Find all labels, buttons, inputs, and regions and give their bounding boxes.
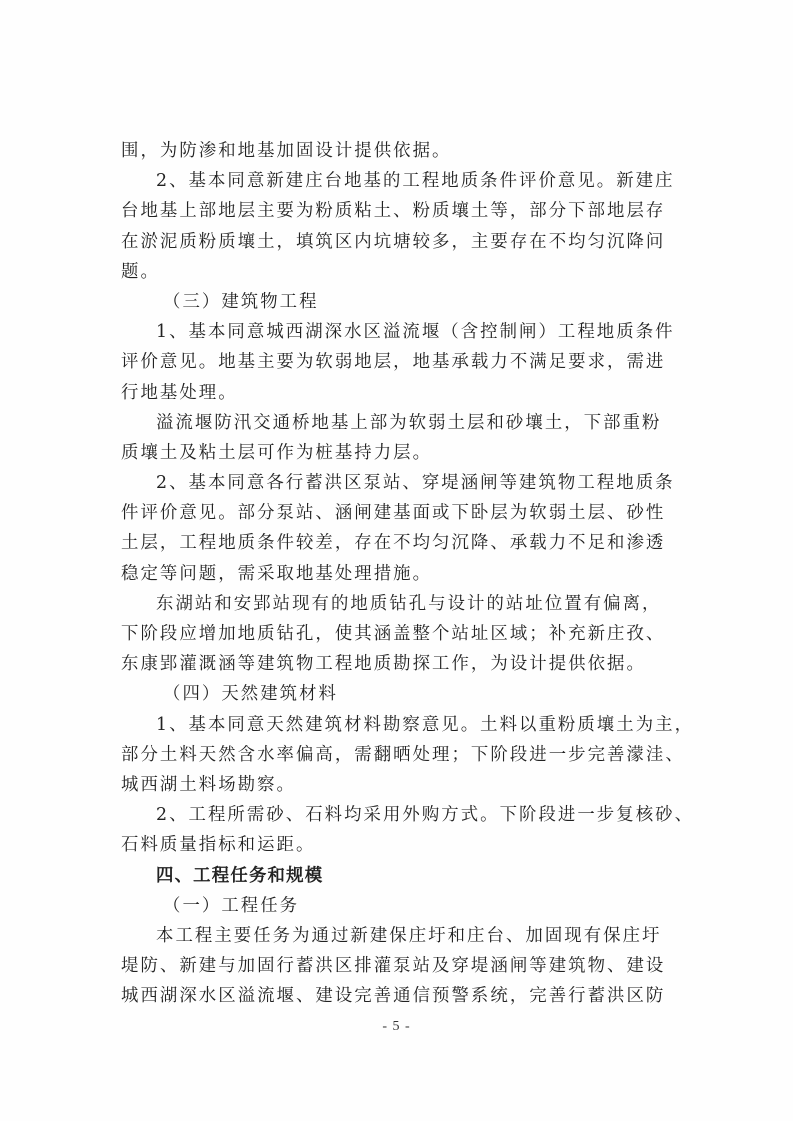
chapter-heading: 四、工程任务和规模 (121, 861, 661, 891)
paragraph-line: 溢流堰防汛交通桥地基上部为软弱土层和砂壤土，下部重粉 (121, 408, 661, 438)
paragraph-line: 城西湖土料场勘察。 (121, 770, 661, 800)
paragraph-line: 台地基上部地层主要为粉质粘土、粉质壤土等，部分下部地层存 (121, 196, 661, 226)
paragraph-line: 1、基本同意城西湖深水区溢流堰（含控制闸）工程地质条件 (121, 317, 661, 347)
paragraph-line: 评价意见。地基主要为软弱地层，地基承载力不满足要求，需进 (121, 347, 661, 377)
document-body: 围，为防渗和地基加固设计提供依据。 2、基本同意新建庄台地基的工程地质条件评价意… (121, 136, 661, 1011)
section-heading: （四）天然建筑材料 (121, 679, 661, 709)
paragraph-line: 堤防、新建与加固行蓄洪区排灌泵站及穿堤涵闸等建筑物、建设 (121, 951, 661, 981)
document-page: 围，为防渗和地基加固设计提供依据。 2、基本同意新建庄台地基的工程地质条件评价意… (0, 0, 793, 1121)
paragraph-line: 本工程主要任务为通过新建保庄圩和庄台、加固现有保庄圩 (121, 921, 661, 951)
paragraph-line: 围，为防渗和地基加固设计提供依据。 (121, 136, 661, 166)
section-heading: （一）工程任务 (121, 891, 661, 921)
paragraph-line: 1、基本同意天然建筑材料勘察意见。土料以重粉质壤土为主， (121, 710, 661, 740)
paragraph-line: 东湖站和安郢站现有的地质钻孔与设计的站址位置有偏离， (121, 589, 661, 619)
paragraph-line: 行地基处理。 (121, 378, 661, 408)
paragraph-line: 部分土料天然含水率偏高，需翻晒处理；下阶段进一步完善濛洼、 (121, 740, 661, 770)
page-number: - 5 - (0, 1019, 793, 1035)
paragraph-line: 2、基本同意各行蓄洪区泵站、穿堤涵闸等建筑物工程地质条 (121, 468, 661, 498)
paragraph-line: 质壤土及粘土层可作为桩基持力层。 (121, 438, 661, 468)
paragraph-line: 题。 (121, 257, 661, 287)
paragraph-line: 东康郢灌溉涵等建筑物工程地质勘探工作，为设计提供依据。 (121, 649, 661, 679)
paragraph-line: 在淤泥质粉质壤土，填筑区内坑塘较多，主要存在不均匀沉降问 (121, 227, 661, 257)
paragraph-line: 石料质量指标和运距。 (121, 830, 661, 860)
paragraph-line: 2、工程所需砂、石料均采用外购方式。下阶段进一步复核砂、 (121, 800, 661, 830)
paragraph-line: 土层，工程地质条件较差，存在不均匀沉降、承载力不足和渗透 (121, 528, 661, 558)
paragraph-line: 城西湖深水区溢流堰、建设完善通信预警系统，完善行蓄洪区防 (121, 981, 661, 1011)
paragraph-line: 下阶段应增加地质钻孔，使其涵盖整个站址区域；补充新庄孜、 (121, 619, 661, 649)
paragraph-line: 件评价意见。部分泵站、涵闸建基面或下卧层为软弱土层、砂性 (121, 498, 661, 528)
paragraph-line: 稳定等问题，需采取地基处理措施。 (121, 559, 661, 589)
section-heading: （三）建筑物工程 (121, 287, 661, 317)
paragraph-line: 2、基本同意新建庄台地基的工程地质条件评价意见。新建庄 (121, 166, 661, 196)
